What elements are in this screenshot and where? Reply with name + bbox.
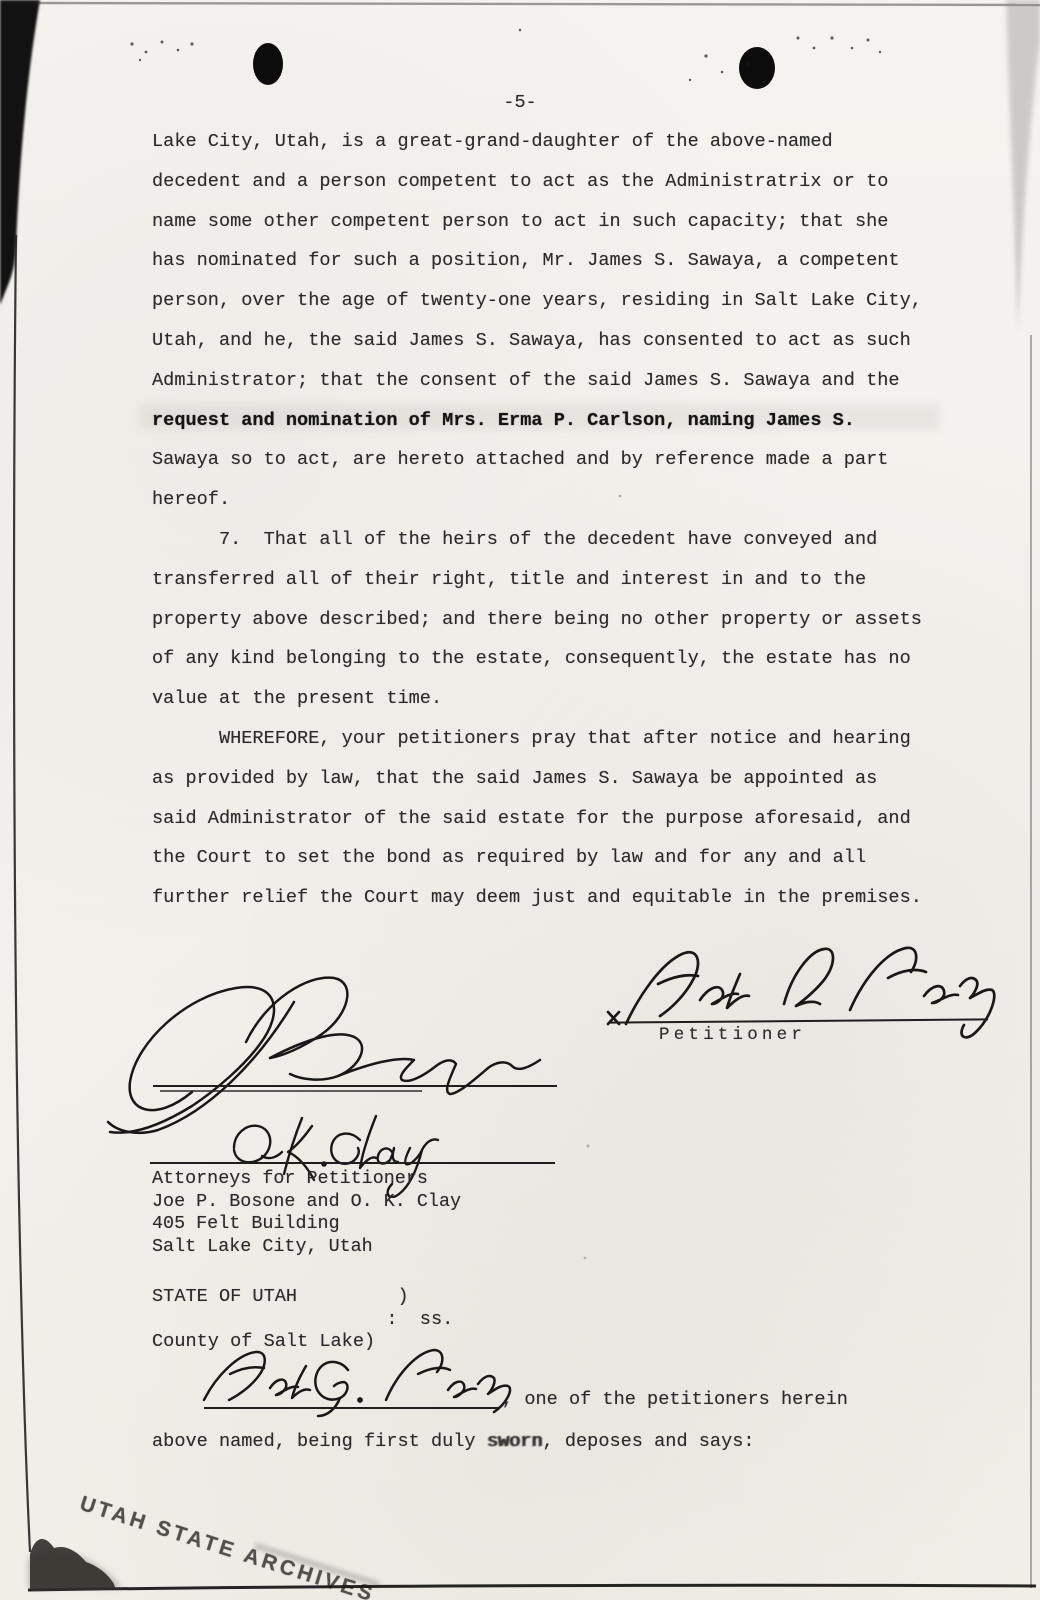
typed-line: further relief the Court may deem just a… xyxy=(152,878,922,918)
typed-line: Sawaya so to act, are hereto attached an… xyxy=(152,440,922,480)
petitioner-label: Petitioner xyxy=(659,1025,806,1045)
attorney-block-line: Joe P. Bosone and O. K. Clay xyxy=(152,1191,461,1214)
typed-line: has nominated for such a position, Mr. J… xyxy=(152,241,922,281)
venue-ss-line: : ss. xyxy=(152,1309,453,1332)
typed-line: name some other competent person to act … xyxy=(152,202,922,242)
petitioner-signature-line xyxy=(610,1018,988,1023)
typed-line: value at the present time. xyxy=(152,679,922,719)
page-number: -5- xyxy=(0,92,1040,113)
typed-line: WHEREFORE, your petitioners pray that af… xyxy=(152,719,922,759)
venue-state-line: STATE OF UTAH ) xyxy=(152,1286,453,1309)
attorney-block: Attorneys for Petitioners Joe P. Bosone … xyxy=(152,1168,461,1258)
left-edge-wedge xyxy=(0,0,40,305)
affidavit-line-2-pre: above named, being first duly xyxy=(152,1431,487,1452)
document-body: Lake City, Utah, is a great-grand-daught… xyxy=(152,122,922,918)
attorney-signature-line-2 xyxy=(150,1162,555,1164)
typed-line: Lake City, Utah, is a great-grand-daught… xyxy=(152,122,922,162)
right-edge-shadow xyxy=(1006,0,1040,335)
archives-stamp: UTAH STATE ARCHIVES xyxy=(77,1492,378,1600)
typed-line: decedent and a person competent to act a… xyxy=(152,162,922,202)
torn-corner xyxy=(30,1539,116,1590)
typed-line: hereof. xyxy=(152,480,922,520)
typed-line: of any kind belonging to the estate, con… xyxy=(152,639,922,679)
attorney-block-line: Attorneys for Petitioners xyxy=(152,1168,461,1191)
affidavit-smudged-word: sworn xyxy=(487,1431,543,1452)
bottom-edge-line xyxy=(28,1585,1036,1590)
attorney-signature-1-script xyxy=(96,970,566,1152)
venue-county-line: County of Salt Lake) xyxy=(152,1331,453,1354)
typed-line: transferred all of their right, title an… xyxy=(152,560,922,600)
left-edge-line xyxy=(14,235,30,1552)
torn-corner-halo xyxy=(28,1551,122,1588)
venue-block: STATE OF UTAH ) : ss. County of Salt Lak… xyxy=(152,1286,453,1354)
typed-line: Administrator; that the consent of the s… xyxy=(152,361,922,401)
typed-line: person, over the age of twenty-one years… xyxy=(152,281,922,321)
attorney-block-line: 405 Felt Building xyxy=(152,1213,461,1236)
right-edge-line xyxy=(1031,335,1032,1588)
typed-line: Utah, and he, the said James S. Sawaya, … xyxy=(152,321,922,361)
typed-line: request and nomination of Mrs. Erma P. C… xyxy=(152,401,922,441)
typed-line: said Administrator of the said estate fo… xyxy=(152,799,922,839)
typed-line: as provided by law, that the said James … xyxy=(152,759,922,799)
punch-hole-left xyxy=(253,43,283,85)
attorney-signature-line-1b xyxy=(160,1090,422,1092)
typed-line: 7. That all of the heirs of the decedent… xyxy=(152,520,922,560)
affidavit-line-2-post: , deposes and says: xyxy=(543,1431,755,1452)
typed-line: the Court to set the bond as required by… xyxy=(152,838,922,878)
affiant-signature-line xyxy=(204,1407,500,1409)
affidavit-line-1: , one of the petitioners herein xyxy=(502,1389,848,1410)
attorney-signature-line-1 xyxy=(153,1085,557,1087)
typed-line: property above described; and there bein… xyxy=(152,600,922,640)
top-edge-line xyxy=(36,3,1040,5)
document-page: -5- Lake City, Utah, is a great-grand-da… xyxy=(0,0,1040,1600)
affidavit-line-2: above named, being first duly sworn, dep… xyxy=(152,1431,755,1452)
attorney-block-line: Salt Lake City, Utah xyxy=(152,1236,461,1259)
punch-hole-right xyxy=(739,47,775,89)
affiant-signature-script xyxy=(186,1342,516,1428)
